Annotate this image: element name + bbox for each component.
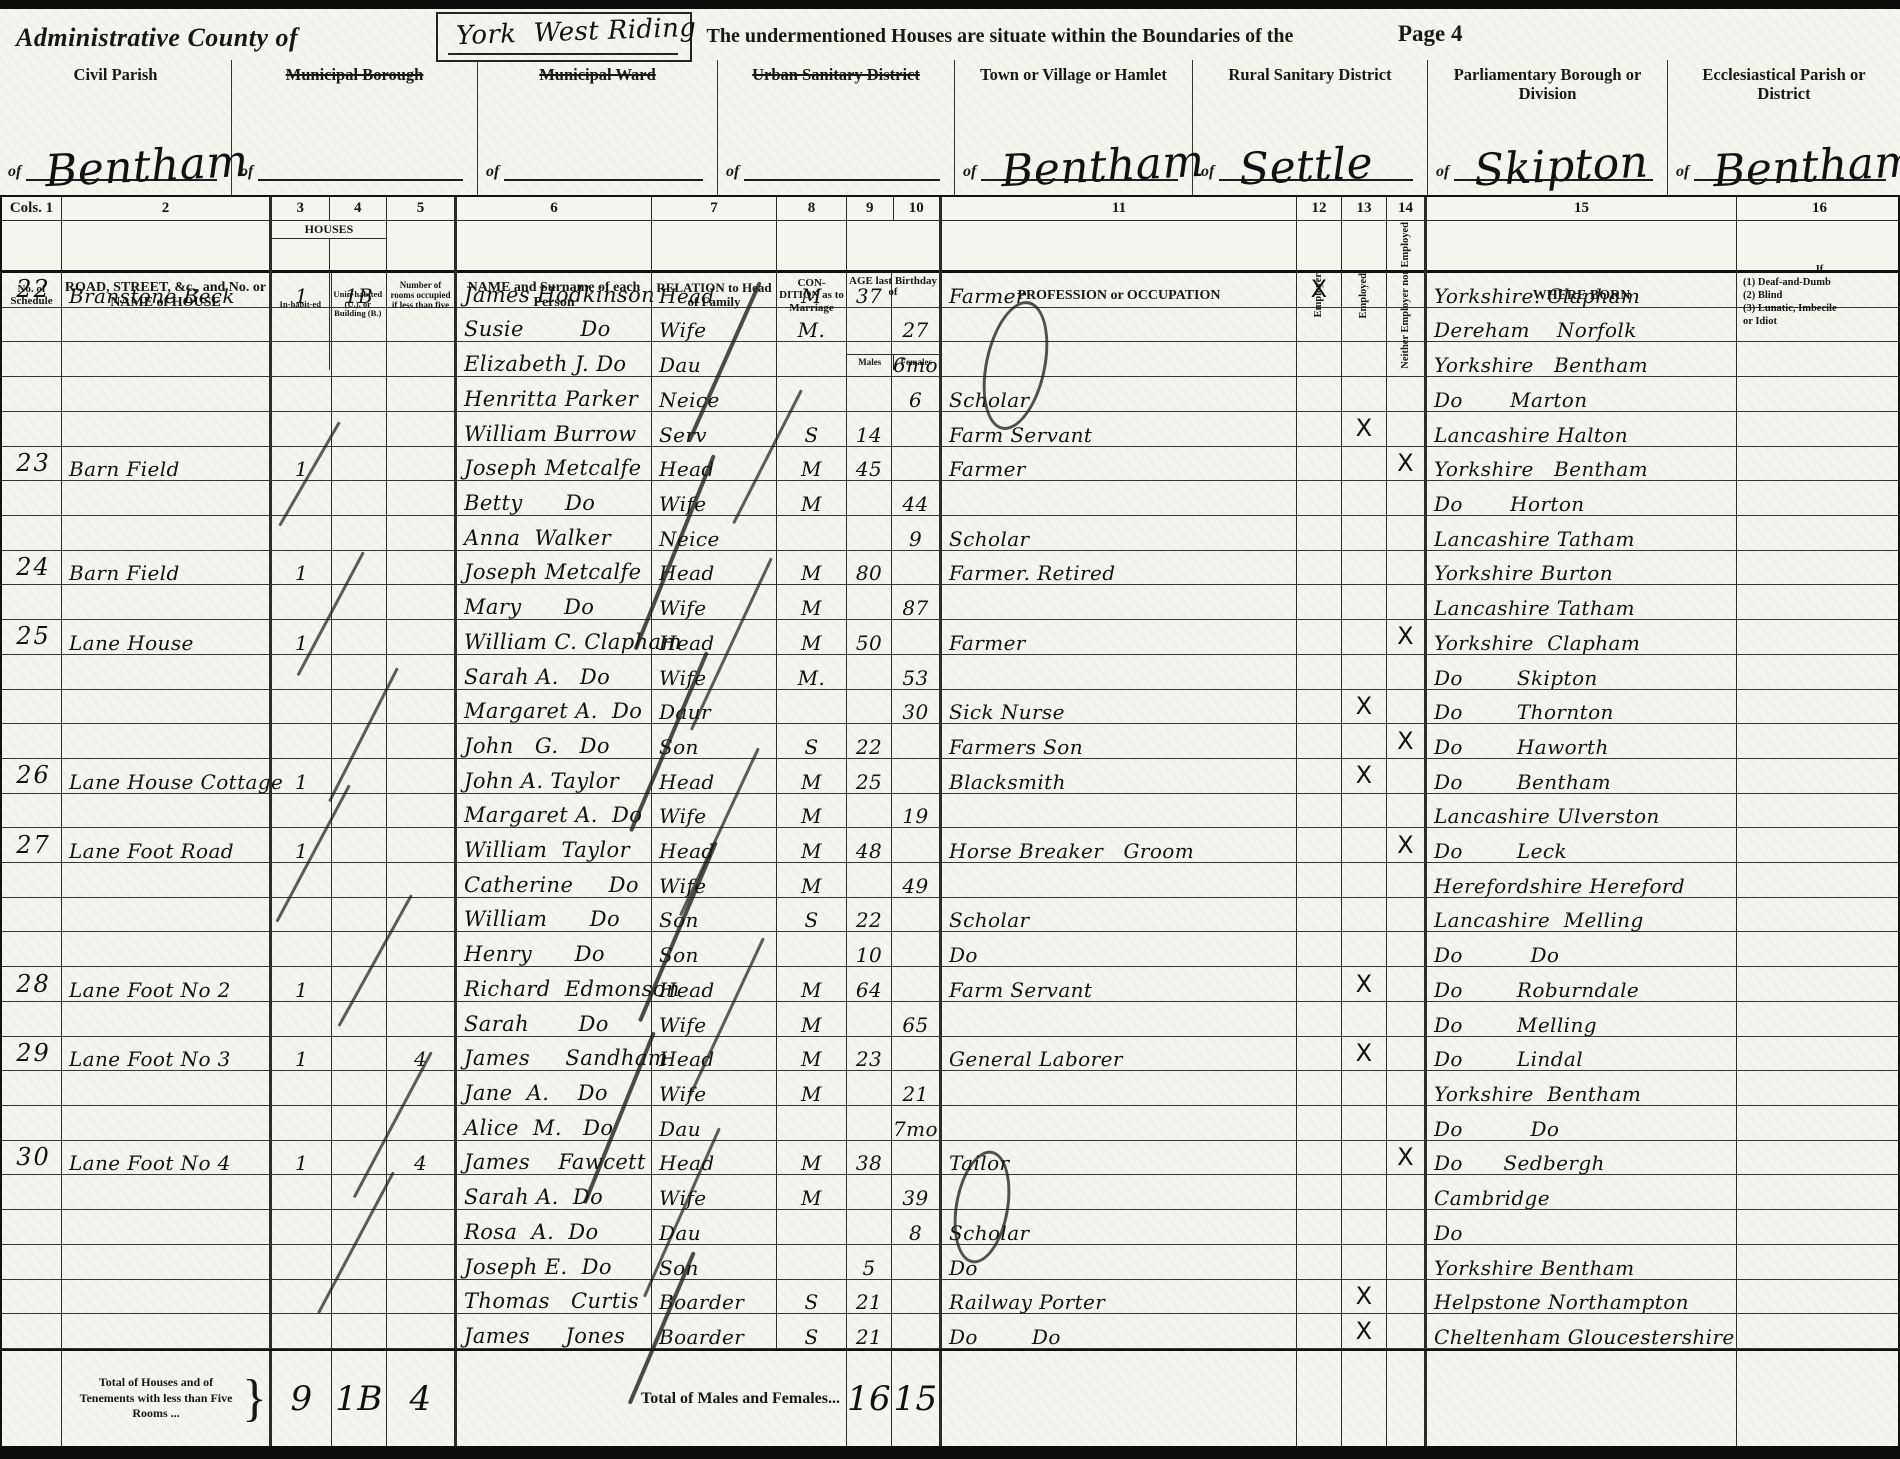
cell-profession (942, 481, 1297, 516)
cell-condition: M (777, 794, 847, 829)
district-band: Civil Parish of Bentham Municipal Boroug… (0, 60, 1900, 195)
cell-uninhabited (332, 377, 387, 412)
cell-road (62, 1210, 272, 1245)
cell-employer-mark (1297, 1175, 1342, 1210)
cell-inhabited (272, 1245, 332, 1280)
cell-neither-mark (1387, 481, 1427, 516)
cell-employer-mark (1297, 412, 1342, 447)
cell-employed-mark: X (1342, 967, 1387, 1002)
district-municipal-ward: Municipal Ward of (478, 60, 718, 195)
table-row: Catherine Do Wife M 49 Herefordshire Her… (2, 863, 1900, 898)
cell-inhabited (272, 1314, 332, 1349)
cell-relation: Head (652, 759, 777, 794)
cell-employer-mark (1297, 551, 1342, 586)
cell-inhabited (272, 1002, 332, 1037)
cell-profession: Farmer (942, 620, 1297, 655)
cell-rooms (387, 1280, 457, 1315)
col-number: 9 (847, 197, 894, 220)
cell-condition (777, 932, 847, 967)
cell-uninhabited (332, 412, 387, 447)
cell-name: William Taylor (457, 828, 652, 863)
cell-condition (777, 1106, 847, 1141)
cell-neither-mark: X (1387, 447, 1427, 482)
cell-profession: Do Do (942, 1314, 1297, 1349)
footer-blank (2, 1351, 62, 1446)
cell-where-born: Yorkshire Burton (1427, 551, 1737, 586)
cell-rooms (387, 620, 457, 655)
cell-rooms (387, 516, 457, 551)
cell-inhabited: 1 (272, 759, 332, 794)
cell-employer-mark (1297, 620, 1342, 655)
cell-neither-mark: X (1387, 620, 1427, 655)
cell-employer-mark (1297, 481, 1342, 516)
cell-age-male (847, 1106, 892, 1141)
district-underline: Skipton (1454, 169, 1653, 181)
cell-age-female (892, 620, 942, 655)
infirmity-line: (1) Deaf-and-Dumb (1743, 276, 1831, 289)
cell-employed-mark: X (1342, 1280, 1387, 1315)
cell-profession: Farmer. Retired (942, 551, 1297, 586)
cell-schedule-number (2, 898, 62, 933)
cell-where-born: Do Sedbergh (1427, 1141, 1737, 1176)
cell-infirmity (1737, 412, 1900, 447)
cell-age-male: 64 (847, 967, 892, 1002)
cell-schedule-number: 23 (2, 447, 62, 482)
cell-name: Henritta Parker (457, 377, 652, 412)
cell-condition: S (777, 898, 847, 933)
district-value: Settle (1238, 142, 1374, 193)
cell-employed-mark (1342, 794, 1387, 829)
cell-condition (777, 690, 847, 725)
cell-employed-mark (1342, 1210, 1387, 1245)
cell-name: Mary Do (457, 585, 652, 620)
cell-infirmity (1737, 620, 1900, 655)
col-number: 12 (1297, 197, 1341, 221)
cell-employed-mark (1342, 551, 1387, 586)
cell-schedule-number: 24 (2, 551, 62, 586)
col-number: 5 (387, 197, 454, 221)
col-label: Employer (1313, 273, 1325, 317)
header-age-group: 9 10 AGE last Birthday of Males Females (847, 197, 942, 370)
cell-where-born: Do Skipton (1427, 655, 1737, 690)
cell-relation: Head (652, 1141, 777, 1176)
cell-age-female (892, 1280, 942, 1315)
cell-age-female (892, 724, 942, 759)
cell-uninhabited (332, 447, 387, 482)
cell-employer-mark (1297, 1314, 1342, 1349)
cell-age-male: 21 (847, 1314, 892, 1349)
cell-profession (942, 585, 1297, 620)
district-underline: Bentham (26, 169, 217, 181)
cell-neither-mark (1387, 863, 1427, 898)
table-row: Anna Walker Neice 9 Scholar Lancashire T… (2, 516, 1900, 551)
table-row: 26 Lane House Cottage 1 John A. Taylor H… (2, 759, 1900, 794)
cell-profession: Farmers Son (942, 724, 1297, 759)
cell-name: Margaret A. Do (457, 690, 652, 725)
cell-condition: M (777, 481, 847, 516)
cell-relation: Serv (652, 412, 777, 447)
cell-where-born: Do (1427, 1210, 1737, 1245)
header-condition: 8 CON- DITION as to Marriage (777, 197, 847, 370)
cell-inhabited: 1 (272, 967, 332, 1002)
cell-age-male (847, 794, 892, 829)
cell-neither-mark (1387, 516, 1427, 551)
cell-road: Lane Foot Road (62, 828, 272, 863)
district-underline: Bentham (981, 169, 1178, 181)
col-label-males: Males (847, 355, 894, 370)
cell-inhabited (272, 1071, 332, 1106)
cell-infirmity (1737, 967, 1900, 1002)
cell-rooms (387, 828, 457, 863)
cell-relation: Son (652, 1245, 777, 1280)
cell-employer-mark (1297, 377, 1342, 412)
cell-age-female: 87 (892, 585, 942, 620)
cell-name: Sarah Do (457, 1002, 652, 1037)
cell-condition: M. (777, 655, 847, 690)
district-parliamentary: Parliamentary Borough or Division of Ski… (1428, 60, 1668, 195)
col-label: RELATION to Head of Family (652, 221, 776, 370)
header-where-born: 15 WHERE BORN (1427, 197, 1737, 370)
cell-uninhabited (332, 655, 387, 690)
of-label: of (486, 163, 499, 181)
page-number: Page 4 (1398, 21, 1463, 47)
county-underline (448, 53, 678, 55)
cell-employer-mark (1297, 1037, 1342, 1072)
cell-age-male (847, 585, 892, 620)
cell-rooms (387, 967, 457, 1002)
cell-age-male: 45 (847, 447, 892, 482)
cell-age-female: 30 (892, 690, 942, 725)
cell-employer-mark (1297, 794, 1342, 829)
footer-total-uninhabited: 1B (332, 1351, 387, 1446)
district-label: Urban Sanitary District (718, 66, 954, 85)
cell-name: William Do (457, 898, 652, 933)
cell-rooms (387, 1245, 457, 1280)
cell-relation: Son (652, 898, 777, 933)
cell-relation: Wife (652, 655, 777, 690)
cell-age-female: 9 (892, 516, 942, 551)
cell-uninhabited (332, 1071, 387, 1106)
cell-age-female: 65 (892, 1002, 942, 1037)
cell-infirmity (1737, 655, 1900, 690)
cell-condition: M (777, 551, 847, 586)
cell-relation: Wife (652, 1002, 777, 1037)
cell-infirmity (1737, 932, 1900, 967)
header-name: 6 NAME and Surname of each Person (457, 197, 652, 370)
cell-uninhabited (332, 1106, 387, 1141)
cell-employed-mark (1342, 620, 1387, 655)
footer-blank (1297, 1351, 1342, 1446)
cell-employed-mark (1342, 1106, 1387, 1141)
cell-employer-mark (1297, 898, 1342, 933)
cell-uninhabited (332, 516, 387, 551)
table-row: John G. Do Son S 22 Farmers Son X Do Haw… (2, 724, 1900, 759)
cell-infirmity (1737, 377, 1900, 412)
col-number: 6 (457, 197, 651, 221)
cell-employer-mark (1297, 1002, 1342, 1037)
cell-condition: M (777, 863, 847, 898)
cell-where-born: Yorkshire Bentham (1427, 1071, 1737, 1106)
cell-name: William C. Clapham (457, 620, 652, 655)
cell-condition: M (777, 447, 847, 482)
cell-employed-mark (1342, 516, 1387, 551)
cell-name: James Fawcett (457, 1141, 652, 1176)
district-municipal-borough: Municipal Borough of (232, 60, 478, 195)
cell-age-male (847, 377, 892, 412)
cell-age-female: 49 (892, 863, 942, 898)
cell-rooms (387, 1210, 457, 1245)
table-row: Joseph E. Do Son 5 Do Yorkshire Bentham (2, 1245, 1900, 1280)
cell-road (62, 516, 272, 551)
cell-employer-mark (1297, 1245, 1342, 1280)
cell-uninhabited (332, 1175, 387, 1210)
cell-age-female (892, 828, 942, 863)
cell-where-born: Lancashire Halton (1427, 412, 1737, 447)
col-label: Neither Employer nor Employed (1400, 222, 1412, 369)
cell-infirmity (1737, 1002, 1900, 1037)
houses-total-label: Total of Houses and of Tenements with le… (72, 1375, 240, 1422)
cell-schedule-number (2, 516, 62, 551)
cell-employed-mark: X (1342, 1037, 1387, 1072)
cell-name: James Sandham (457, 1037, 652, 1072)
footer-total-females: 15 (892, 1351, 942, 1446)
footer-males-females-label: Total of Males and Females... (457, 1351, 847, 1446)
cell-infirmity (1737, 863, 1900, 898)
cell-employer-mark (1297, 1280, 1342, 1315)
cell-road (62, 655, 272, 690)
district-of-line: of (240, 163, 463, 181)
cell-where-born: Lancashire Melling (1427, 898, 1737, 933)
cell-road: Lane Foot No 4 (62, 1141, 272, 1176)
cell-uninhabited (332, 898, 387, 933)
district-civil-parish: Civil Parish of Bentham (0, 60, 232, 195)
table-row: 27 Lane Foot Road 1 William Taylor Head … (2, 828, 1900, 863)
cell-name: Joseph Metcalfe (457, 551, 652, 586)
table-row: Mary Do Wife M 87 Lancashire Tatham (2, 585, 1900, 620)
cell-name: John A. Taylor (457, 759, 652, 794)
cell-where-born: Do Lindal (1427, 1037, 1737, 1072)
cell-profession (942, 1002, 1297, 1037)
col-label: No. of Schedule (2, 221, 61, 370)
col-number: 7 (652, 197, 776, 221)
cell-rooms (387, 412, 457, 447)
cell-schedule-number: 30 (2, 1141, 62, 1176)
cell-infirmity (1737, 1280, 1900, 1315)
cell-schedule-number (2, 412, 62, 447)
footer-blank (1737, 1351, 1900, 1446)
cell-where-born: Yorkshire Clapham (1427, 620, 1737, 655)
col-label-uninhabited: Unin-habited (U.), or Building (B.) (330, 239, 387, 370)
cell-rooms: 4 (387, 1141, 457, 1176)
cell-age-male (847, 481, 892, 516)
cell-age-male (847, 1002, 892, 1037)
of-label: of (8, 163, 21, 181)
cell-schedule-number (2, 690, 62, 725)
cell-infirmity (1737, 828, 1900, 863)
cell-where-born: Do Haworth (1427, 724, 1737, 759)
cell-infirmity (1737, 585, 1900, 620)
cell-name: Betty Do (457, 481, 652, 516)
cell-road (62, 1106, 272, 1141)
cell-schedule-number (2, 1210, 62, 1245)
cell-age-male: 22 (847, 898, 892, 933)
cell-relation: Wife (652, 585, 777, 620)
cell-neither-mark: X (1387, 828, 1427, 863)
cell-schedule-number (2, 1002, 62, 1037)
cell-employed-mark (1342, 828, 1387, 863)
cell-road (62, 898, 272, 933)
cell-infirmity (1737, 1071, 1900, 1106)
cell-relation: Wife (652, 1175, 777, 1210)
cell-employer-mark (1297, 516, 1342, 551)
cell-neither-mark (1387, 759, 1427, 794)
cell-age-female (892, 1245, 942, 1280)
cell-inhabited (272, 1210, 332, 1245)
cell-condition (777, 1245, 847, 1280)
district-underline: Settle (1219, 169, 1413, 181)
district-label: Municipal Ward (478, 66, 717, 85)
table-row: Thomas Curtis Boarder S 21 Railway Porte… (2, 1280, 1900, 1315)
col-label-infirmity: If (1) Deaf-and-Dumb (2) Blind (3) Lunat… (1737, 221, 1900, 370)
cell-neither-mark (1387, 1071, 1427, 1106)
cell-employer-mark (1297, 863, 1342, 898)
cell-age-male (847, 1071, 892, 1106)
district-of-line: of Bentham (8, 163, 217, 181)
cell-where-born: Do Do (1427, 1106, 1737, 1141)
cell-profession: Farm Servant (942, 967, 1297, 1002)
cell-age-female (892, 967, 942, 1002)
cell-schedule-number (2, 794, 62, 829)
cell-age-female (892, 447, 942, 482)
district-of-line: of Settle (1201, 163, 1413, 181)
cell-employed-mark (1342, 724, 1387, 759)
footer-blank (1342, 1351, 1387, 1446)
cell-schedule-number (2, 863, 62, 898)
cell-where-born: Lancashire Tatham (1427, 516, 1737, 551)
cell-rooms (387, 759, 457, 794)
of-label: of (1676, 163, 1689, 181)
district-urban-sanitary: Urban Sanitary District of (718, 60, 955, 195)
cell-road: Lane Foot No 2 (62, 967, 272, 1002)
cell-inhabited (272, 1280, 332, 1315)
cell-road: Lane Foot No 3 (62, 1037, 272, 1072)
cell-age-female (892, 1037, 942, 1072)
cell-profession: Sick Nurse (942, 690, 1297, 725)
cell-profession (942, 1106, 1297, 1141)
cell-condition: M (777, 1037, 847, 1072)
cell-employer-mark (1297, 1106, 1342, 1141)
district-underline (258, 169, 463, 181)
cell-road (62, 932, 272, 967)
cell-relation: Boarder (652, 1314, 777, 1349)
cell-profession: Scholar (942, 516, 1297, 551)
table-row: Margaret A. Do Wife M 19 Lancashire Ulve… (2, 794, 1900, 829)
col-label: ROAD, STREET, &c., and No. or NAME of HO… (62, 221, 269, 370)
cell-age-male: 48 (847, 828, 892, 863)
cell-infirmity (1737, 898, 1900, 933)
scan-edge-top (0, 0, 1900, 9)
of-label: of (1436, 163, 1449, 181)
cell-neither-mark: X (1387, 724, 1427, 759)
cell-where-born: Do Bentham (1427, 759, 1737, 794)
district-underline (504, 169, 703, 181)
cell-age-male: 25 (847, 759, 892, 794)
cell-employed-mark (1342, 585, 1387, 620)
cell-road: Lane House Cottage (62, 759, 272, 794)
col-label-inhabited: In-habit-ed (272, 239, 330, 370)
district-ecclesiastical: Ecclesiastical Parish or District of Ben… (1668, 60, 1900, 195)
cell-employer-mark (1297, 1071, 1342, 1106)
cell-profession: Horse Breaker Groom (942, 828, 1297, 863)
cell-condition: M (777, 759, 847, 794)
cell-profession: Scholar (942, 898, 1297, 933)
cell-profession: Farmer (942, 447, 1297, 482)
cell-infirmity (1737, 1245, 1900, 1280)
district-label: Town or Village or Hamlet (955, 66, 1192, 85)
cell-where-born: Lancashire Tatham (1427, 585, 1737, 620)
cell-road (62, 1002, 272, 1037)
table-row: Henry Do Son 10 Do Do Do (2, 932, 1900, 967)
table-row: 24 Barn Field 1 Joseph Metcalfe Head M 8… (2, 551, 1900, 586)
cell-name: Anna Walker (457, 516, 652, 551)
cell-schedule-number (2, 481, 62, 516)
cell-road (62, 1245, 272, 1280)
cell-age-male: 50 (847, 620, 892, 655)
cell-employer-mark (1297, 655, 1342, 690)
cell-rooms (387, 585, 457, 620)
col-number: 2 (62, 197, 269, 221)
footer-total-inhabited: 9 (272, 1351, 332, 1446)
cell-uninhabited (332, 828, 387, 863)
cell-employed-mark (1342, 1141, 1387, 1176)
cell-uninhabited (332, 1314, 387, 1349)
cell-relation: Head (652, 967, 777, 1002)
cell-employer-mark (1297, 967, 1342, 1002)
of-label: of (963, 163, 976, 181)
cell-profession (942, 863, 1297, 898)
col-label-females: Females (894, 355, 940, 370)
cell-neither-mark (1387, 1037, 1427, 1072)
col-label: Number of rooms occupied if less than fi… (387, 221, 454, 370)
cell-schedule-number (2, 1245, 62, 1280)
cell-schedule-number: 27 (2, 828, 62, 863)
cell-rooms (387, 551, 457, 586)
cell-age-male: 22 (847, 724, 892, 759)
col-number: 14 (1387, 197, 1424, 221)
brace-glyph: } (242, 1378, 267, 1420)
cell-road: Lane House (62, 620, 272, 655)
col-number: 10 (894, 200, 940, 217)
cell-where-born: Do Melling (1427, 1002, 1737, 1037)
cell-schedule-number: 28 (2, 967, 62, 1002)
cell-where-born: Cheltenham Gloucestershire (1427, 1314, 1737, 1349)
cell-age-female (892, 759, 942, 794)
cell-neither-mark (1387, 1314, 1427, 1349)
footer-blank (942, 1351, 1297, 1446)
cell-schedule-number (2, 1071, 62, 1106)
district-underline (744, 169, 940, 181)
cell-age-female (892, 932, 942, 967)
cell-employer-mark (1297, 759, 1342, 794)
cell-neither-mark (1387, 898, 1427, 933)
col-number: 15 (1427, 197, 1736, 221)
table-row: 28 Lane Foot No 2 1 Richard Edmonson Hea… (2, 967, 1900, 1002)
table-row: 23 Barn Field 1 Joseph Metcalfe Head M 4… (2, 447, 1900, 482)
table-row: James Jones Boarder S 21 Do Do X Chelten… (2, 1314, 1900, 1349)
cell-employed-mark (1342, 1002, 1387, 1037)
cell-where-born: Do Thornton (1427, 690, 1737, 725)
cell-infirmity (1737, 1175, 1900, 1210)
